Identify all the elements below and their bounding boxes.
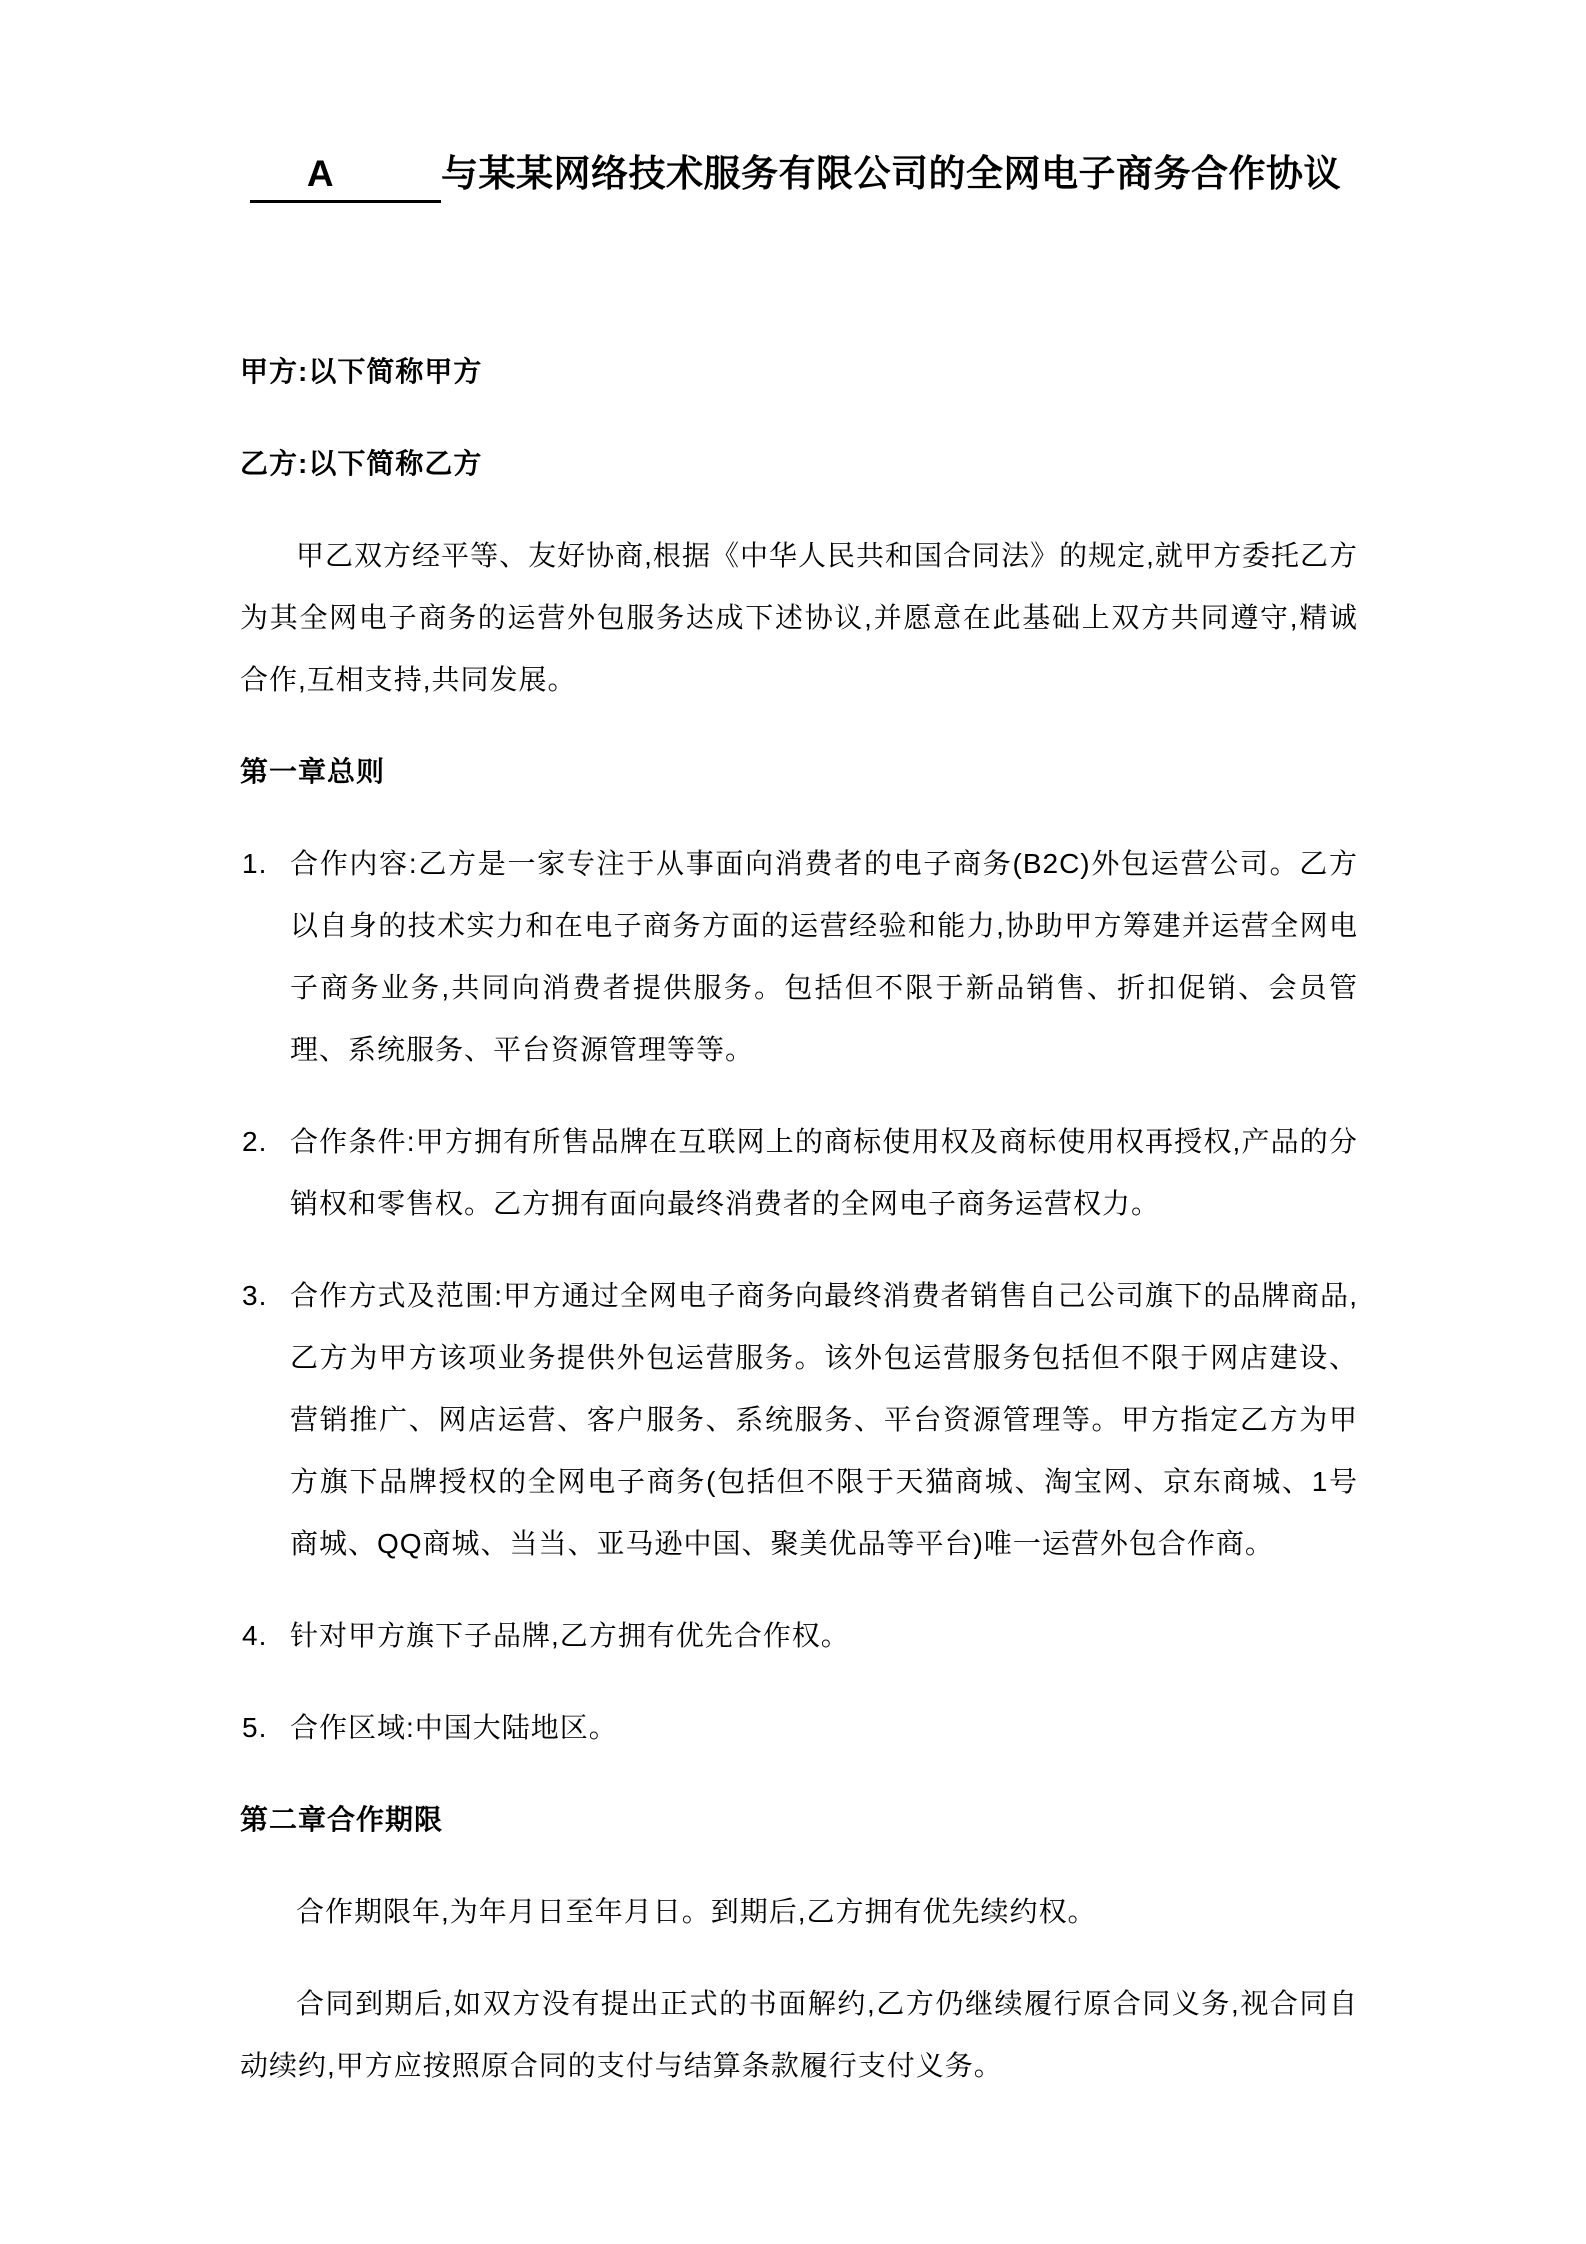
clause-text: 合作方式及范围:甲方通过全网电子商务向最终消费者销售自己公司旗下的品牌商品,乙方… [290,1280,1358,1559]
clause-text: 合作条件:甲方拥有所售品牌在互联网上的商标使用权及商标使用权再授权,产品的分销权… [290,1126,1358,1219]
clause-number: 3. [242,1265,267,1327]
clause-text: 合作区域:中国大陆地区。 [290,1712,618,1743]
intro-paragraph: 甲乙双方经平等、友好协商,根据《中华人民共和国合同法》的规定,就甲方委托乙方为其… [240,525,1358,711]
term-paragraph: 合作期限年,为年月日至年月日。到期后,乙方拥有优先续约权。 [240,1881,1358,1943]
party-a-blank-label: A [307,153,334,194]
clause-text: 针对甲方旗下子品牌,乙方拥有优先合作权。 [290,1620,850,1651]
clause-number: 4. [242,1605,267,1667]
chapter-1-heading: 第一章总则 [240,741,1358,803]
clause-number: 5. [242,1697,267,1759]
clause-item-1: 1. 合作内容:乙方是一家专注于从事面向消费者的电子商务(B2C)外包运营公司。… [240,833,1358,1081]
clause-item-3: 3. 合作方式及范围:甲方通过全网电子商务向最终消费者销售自己公司旗下的品牌商品… [240,1265,1358,1575]
document-page: A 与某某网络技术服务有限公司的全网电子商务合作协议 甲方:以下简称甲方 乙方:… [0,0,1586,2244]
title-text: 与某某网络技术服务有限公司的全网电子商务合作协议 [441,150,1341,198]
clause-text: 合作内容:乙方是一家专注于从事面向消费者的电子商务(B2C)外包运营公司。乙方以… [290,848,1358,1065]
clause-item-5: 5. 合作区域:中国大陆地区。 [240,1697,1358,1759]
chapter-2-heading: 第二章合作期限 [240,1789,1358,1851]
renewal-paragraph: 合同到期后,如双方没有提出正式的书面解约,乙方仍继续履行原合同义务,视合同自动续… [240,1973,1358,2097]
document-title: A 与某某网络技术服务有限公司的全网电子商务合作协议 [250,150,1358,203]
clause-number: 1. [242,833,267,895]
clause-list: 1. 合作内容:乙方是一家专注于从事面向消费者的电子商务(B2C)外包运营公司。… [240,833,1358,1759]
clause-number: 2. [242,1111,267,1173]
clause-item-2: 2. 合作条件:甲方拥有所售品牌在互联网上的商标使用权及商标使用权再授权,产品的… [240,1111,1358,1235]
clause-item-4: 4. 针对甲方旗下子品牌,乙方拥有优先合作权。 [240,1605,1358,1667]
party-a-line: 甲方:以下简称甲方 [240,341,1358,403]
party-b-line: 乙方:以下简称乙方 [240,433,1358,495]
party-a-blank: A [250,150,441,203]
